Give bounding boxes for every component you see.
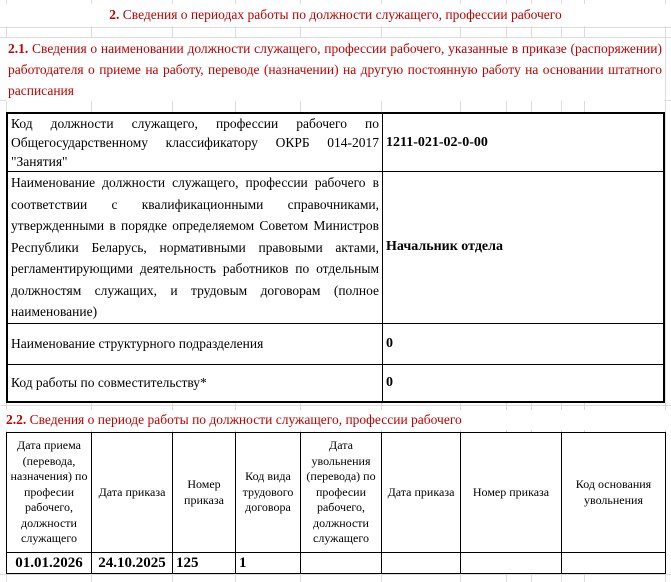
position-name-label: Наименование должности служащего, профес…: [7, 172, 383, 324]
header-dismissal-reason-code: Код основания увольнения: [562, 433, 666, 553]
header-dismissal-order-number: Номер приказа: [461, 433, 562, 553]
table-header-row: Дата приема (перевода, назначения) по пр…: [7, 433, 666, 553]
section-2-2-heading: 2.2. Сведения о периоде работы по должно…: [6, 410, 666, 430]
contract-type-code-cell[interactable]: 1: [236, 553, 301, 574]
dismissal-order-date-cell[interactable]: [382, 553, 461, 574]
part-time-code-label: Код работы по совместительству*: [7, 364, 383, 402]
table-row: Наименование структурного подразделения …: [7, 323, 664, 364]
dismissal-date-cell[interactable]: [301, 553, 382, 574]
period-table: Дата приема (перевода, назначения) по пр…: [6, 432, 666, 574]
position-name-value[interactable]: Начальник отдела: [383, 172, 665, 324]
department-value[interactable]: 0: [383, 323, 665, 364]
section-2-number: 2.: [109, 7, 119, 22]
okrb-code-label: Код должности служащего, профессии рабоч…: [7, 113, 383, 172]
hire-order-date-cell[interactable]: 24.10.2025: [92, 553, 173, 574]
header-dismissal-order-date: Дата приказа: [382, 433, 461, 553]
section-2-title: Сведения о периодах работы по должности …: [123, 7, 562, 22]
section-2-heading: 2. Сведения о периодах работы по должнос…: [0, 4, 671, 26]
hire-order-number-cell[interactable]: 125: [173, 553, 236, 574]
part-time-code-value[interactable]: 0: [383, 364, 665, 402]
position-table: Код должности служащего, профессии рабоч…: [6, 112, 665, 403]
header-hire-order-date: Дата приказа: [92, 433, 173, 553]
header-hire-order-number: Номер приказа: [173, 433, 236, 553]
header-hire-date: Дата приема (перевода, назначения) по пр…: [7, 433, 92, 553]
section-2-1-number: 2.1.: [8, 41, 28, 56]
header-contract-type-code: Код вида трудового договора: [236, 433, 301, 553]
header-dismissal-date: Дата увольнения (перевода) по професии р…: [301, 433, 382, 553]
table-row: Наименование должности служащего, профес…: [7, 172, 664, 324]
section-2-1-heading: 2.1. Сведения о наименовании должности с…: [6, 38, 664, 101]
okrb-code-value[interactable]: 1211-021-02-0-00: [383, 113, 665, 172]
dismissal-order-number-cell[interactable]: [461, 553, 562, 574]
table-row: Код работы по совместительству* 0: [7, 364, 664, 402]
table-row: Код должности служащего, профессии рабоч…: [7, 113, 664, 172]
department-label: Наименование структурного подразделения: [7, 323, 383, 364]
section-2-2-number: 2.2.: [6, 412, 26, 427]
section-2-1-text: Сведения о наименовании должности служащ…: [8, 41, 662, 98]
table-row: 01.01.2026 24.10.2025 125 1: [7, 553, 666, 574]
hire-date-cell[interactable]: 01.01.2026: [7, 553, 92, 574]
section-2-2-title: Сведения о периоде работы по должности с…: [30, 412, 462, 427]
dismissal-reason-code-cell[interactable]: [562, 553, 666, 574]
